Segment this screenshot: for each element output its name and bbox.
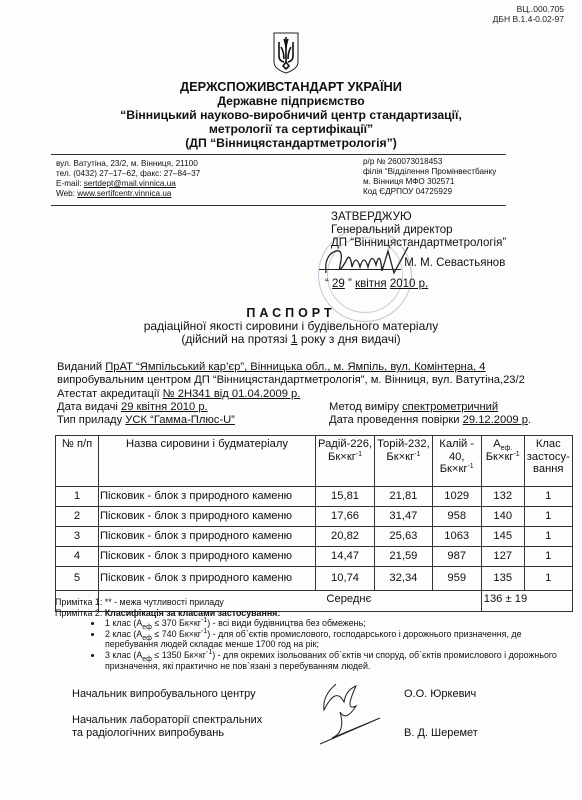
table-row: 4Пісковик - блок з природного каменю14,4… <box>56 547 573 567</box>
method: спектрометричний <box>402 401 498 413</box>
passport-title: ПАСПОРТ радіаційної якості сировини і бу… <box>0 307 582 346</box>
issued-to: ПрАТ “Ямпільський кар’єр”, Вінницька обл… <box>105 361 485 373</box>
web-link[interactable]: www.sertifcentr.vinnica.ua <box>77 189 171 198</box>
document-code: ВЦ..000.705 ДБН В.1.4-0.02-97 <box>493 4 564 24</box>
bank-name: філія “Відділення Промінвестбанку <box>363 167 496 177</box>
issue-date: 29 квітня 2010 р. <box>121 401 208 413</box>
classification-item: 1 клас (Аеф ≤ 370 Бк×кг-1) - всі види бу… <box>103 618 575 629</box>
signers: Начальник випробувального центруО.О. Юрк… <box>72 688 572 740</box>
notes: Примітка 1: ** - межа чутливості приладу… <box>55 597 575 671</box>
table-row: 3Пісковик - блок з природного каменю20,8… <box>56 527 573 547</box>
classification-item: 3 клас (Аеф ≤ 1350 Бк×кг-1) - для окреми… <box>103 650 575 671</box>
edrpou-code: Код ЄДРПОУ 04725929 <box>363 187 496 197</box>
table-row: 1Пісковик - блок з природного каменю15,8… <box>56 487 573 507</box>
organization-header: ДЕРЖСПОЖИВСТАНДАРТ УКРАЇНИ Державне підп… <box>0 80 582 150</box>
table-row: 5Пісковик - блок з природного каменю10,7… <box>56 567 573 591</box>
device-type: УСК “Гамма-Плюс-U” <box>125 414 235 426</box>
table-row: 2Пісковик - блок з природного каменю17,6… <box>56 507 573 527</box>
table-header: № п/п Назва сировини і будматеріалу Раді… <box>56 436 573 487</box>
accreditation: № 2Н341 від 01.04.2009 р. <box>163 388 301 400</box>
ukraine-coat-of-arms-icon <box>273 32 299 74</box>
passport-info: Виданий ПрАТ “Ямпільський кар’єр”, Вінни… <box>57 361 582 427</box>
director-name: М. М. Севастьянов <box>404 257 505 269</box>
email-link[interactable]: sertdept@mail.vinnica.ua <box>84 179 176 188</box>
contacts-block: вул. Ватутіна, 23/2, м. Вінниця, 21100 т… <box>51 154 506 206</box>
classification-item: 2 клас (Аеф ≤ 740 Бк×кг-1) - для об`єкті… <box>103 629 575 650</box>
bank-account: р/р № 260073018453 <box>363 157 496 167</box>
results-table: № п/п Назва сировини і будматеріалу Раді… <box>55 435 573 612</box>
bank-city-mfo: м. Вінниця МФО 302571 <box>363 177 496 187</box>
approval-block: ЗАТВЕРДЖУЮ Генеральний директор ДП “Вінн… <box>331 211 506 291</box>
phone: тел. (0432) 27–17–62, факс: 27–84–37 <box>56 169 200 179</box>
address: вул. Ватутіна, 23/2, м. Вінниця, 21100 <box>56 159 200 169</box>
calibration-date: 29.12.2009 р <box>463 414 528 426</box>
